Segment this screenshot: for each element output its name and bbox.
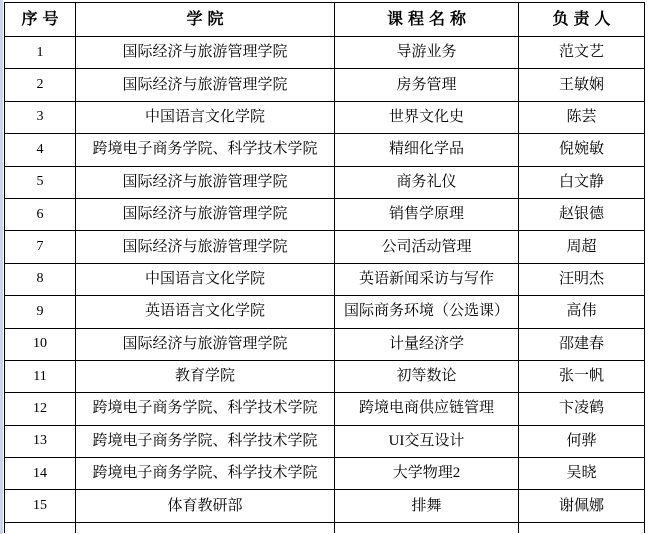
cell-leader[interactable]: 王敏娴 [519,69,645,101]
table-row: 3 中国语言文化学院 世界文化史 陈芸 [5,101,645,133]
partial-row [5,522,645,533]
cell-course[interactable]: 排舞 [335,490,519,522]
cell-index[interactable]: 12 [5,393,76,425]
cell-college[interactable]: 跨境电子商务学院、科学技术学院 [76,458,335,490]
cell-course[interactable]: 导游业务 [335,37,519,69]
cell-leader[interactable]: 吴晓 [519,458,645,490]
cell-index[interactable]: 10 [5,328,76,360]
cell-leader[interactable]: 谢佩娜 [519,490,645,522]
cell-leader[interactable]: 何骅 [519,425,645,457]
table-row: 8 中国语言文化学院 英语新闻采访与写作 汪明杰 [5,263,645,295]
table-row: 12 跨境电子商务学院、科学技术学院 跨境电商供应链管理 卞凌鹤 [5,393,645,425]
cell-leader[interactable]: 赵银德 [519,198,645,230]
cell-course[interactable]: 国际商务环境（公选课） [335,296,519,328]
cell-leader[interactable]: 高伟 [519,296,645,328]
spreadsheet-region: 序号 学院 课程名称 负责人 1 国际经济与旅游管理学院 导游业务 范文艺 2 … [0,0,648,534]
cell-index[interactable]: 8 [5,263,76,295]
cell-index[interactable]: 4 [5,134,76,166]
cell-index[interactable]: 14 [5,458,76,490]
cell-course[interactable]: 英语新闻采访与写作 [335,263,519,295]
cell-course[interactable]: 商务礼仪 [335,166,519,198]
cell-leader[interactable]: 白文静 [519,166,645,198]
cell-college[interactable]: 国际经济与旅游管理学院 [76,166,335,198]
cell-leader[interactable]: 汪明杰 [519,263,645,295]
table-row: 14 跨境电子商务学院、科学技术学院 大学物理2 吴晓 [5,458,645,490]
cell-college[interactable]: 跨境电子商务学院、科学技术学院 [76,393,335,425]
cell-index[interactable]: 11 [5,360,76,392]
cell-college[interactable]: 跨境电子商务学院、科学技术学院 [76,134,335,166]
table-row: 7 国际经济与旅游管理学院 公司活动管理 周超 [5,231,645,263]
partial-cell[interactable] [519,522,645,533]
cell-college[interactable]: 教育学院 [76,360,335,392]
cell-course[interactable]: 大学物理2 [335,458,519,490]
cell-index[interactable]: 5 [5,166,76,198]
cell-college[interactable]: 中国语言文化学院 [76,263,335,295]
course-table: 序号 学院 课程名称 负责人 1 国际经济与旅游管理学院 导游业务 范文艺 2 … [4,2,645,533]
header-row: 序号 学院 课程名称 负责人 [5,3,645,37]
table-row: 9 英语语言文化学院 国际商务环境（公选课） 高伟 [5,296,645,328]
cell-college[interactable]: 国际经济与旅游管理学院 [76,69,335,101]
cell-index[interactable]: 15 [5,490,76,522]
cell-college[interactable]: 英语语言文化学院 [76,296,335,328]
cell-college[interactable]: 国际经济与旅游管理学院 [76,198,335,230]
cell-college[interactable]: 中国语言文化学院 [76,101,335,133]
table-row: 1 国际经济与旅游管理学院 导游业务 范文艺 [5,37,645,69]
table-header: 序号 学院 课程名称 负责人 [5,3,645,37]
header-cell-leader[interactable]: 负责人 [519,3,645,37]
cell-college[interactable]: 跨境电子商务学院、科学技术学院 [76,425,335,457]
header-cell-college[interactable]: 学院 [76,3,335,37]
table-row: 11 教育学院 初等数论 张一帆 [5,360,645,392]
header-cell-course[interactable]: 课程名称 [335,3,519,37]
cell-leader[interactable]: 陈芸 [519,101,645,133]
cell-index[interactable]: 7 [5,231,76,263]
cell-course[interactable]: 跨境电商供应链管理 [335,393,519,425]
cell-index[interactable]: 2 [5,69,76,101]
table-row: 5 国际经济与旅游管理学院 商务礼仪 白文静 [5,166,645,198]
cell-course[interactable]: UI交互设计 [335,425,519,457]
cell-leader[interactable]: 范文艺 [519,37,645,69]
cell-index[interactable]: 13 [5,425,76,457]
cell-college[interactable]: 国际经济与旅游管理学院 [76,328,335,360]
partial-cell[interactable] [76,522,335,533]
cell-leader[interactable]: 张一帆 [519,360,645,392]
partial-cell[interactable] [335,522,519,533]
cell-leader[interactable]: 周超 [519,231,645,263]
table-row: 13 跨境电子商务学院、科学技术学院 UI交互设计 何骅 [5,425,645,457]
cell-index[interactable]: 1 [5,37,76,69]
cell-index[interactable]: 6 [5,198,76,230]
cell-index[interactable]: 3 [5,101,76,133]
table-body: 1 国际经济与旅游管理学院 导游业务 范文艺 2 国际经济与旅游管理学院 房务管… [5,37,645,523]
cell-college[interactable]: 体育教研部 [76,490,335,522]
cell-course[interactable]: 初等数论 [335,360,519,392]
header-cell-index[interactable]: 序号 [5,3,76,37]
table-row: 15 体育教研部 排舞 谢佩娜 [5,490,645,522]
cell-index[interactable]: 9 [5,296,76,328]
partial-cell[interactable] [5,522,76,533]
cell-college[interactable]: 国际经济与旅游管理学院 [76,231,335,263]
cell-leader[interactable]: 卞凌鹤 [519,393,645,425]
cell-course[interactable]: 计量经济学 [335,328,519,360]
worksheet-edge-strip [0,0,3,534]
cell-leader[interactable]: 邵建春 [519,328,645,360]
table-row: 4 跨境电子商务学院、科学技术学院 精细化学品 倪婉敏 [5,134,645,166]
cell-course[interactable]: 精细化学品 [335,134,519,166]
table-row: 10 国际经济与旅游管理学院 计量经济学 邵建春 [5,328,645,360]
cell-course[interactable]: 房务管理 [335,69,519,101]
cell-course[interactable]: 销售学原理 [335,198,519,230]
table-row: 2 国际经济与旅游管理学院 房务管理 王敏娴 [5,69,645,101]
cell-course[interactable]: 世界文化史 [335,101,519,133]
table-row: 6 国际经济与旅游管理学院 销售学原理 赵银德 [5,198,645,230]
cell-leader[interactable]: 倪婉敏 [519,134,645,166]
partial-row-body [5,522,645,533]
cell-course[interactable]: 公司活动管理 [335,231,519,263]
cell-college[interactable]: 国际经济与旅游管理学院 [76,37,335,69]
